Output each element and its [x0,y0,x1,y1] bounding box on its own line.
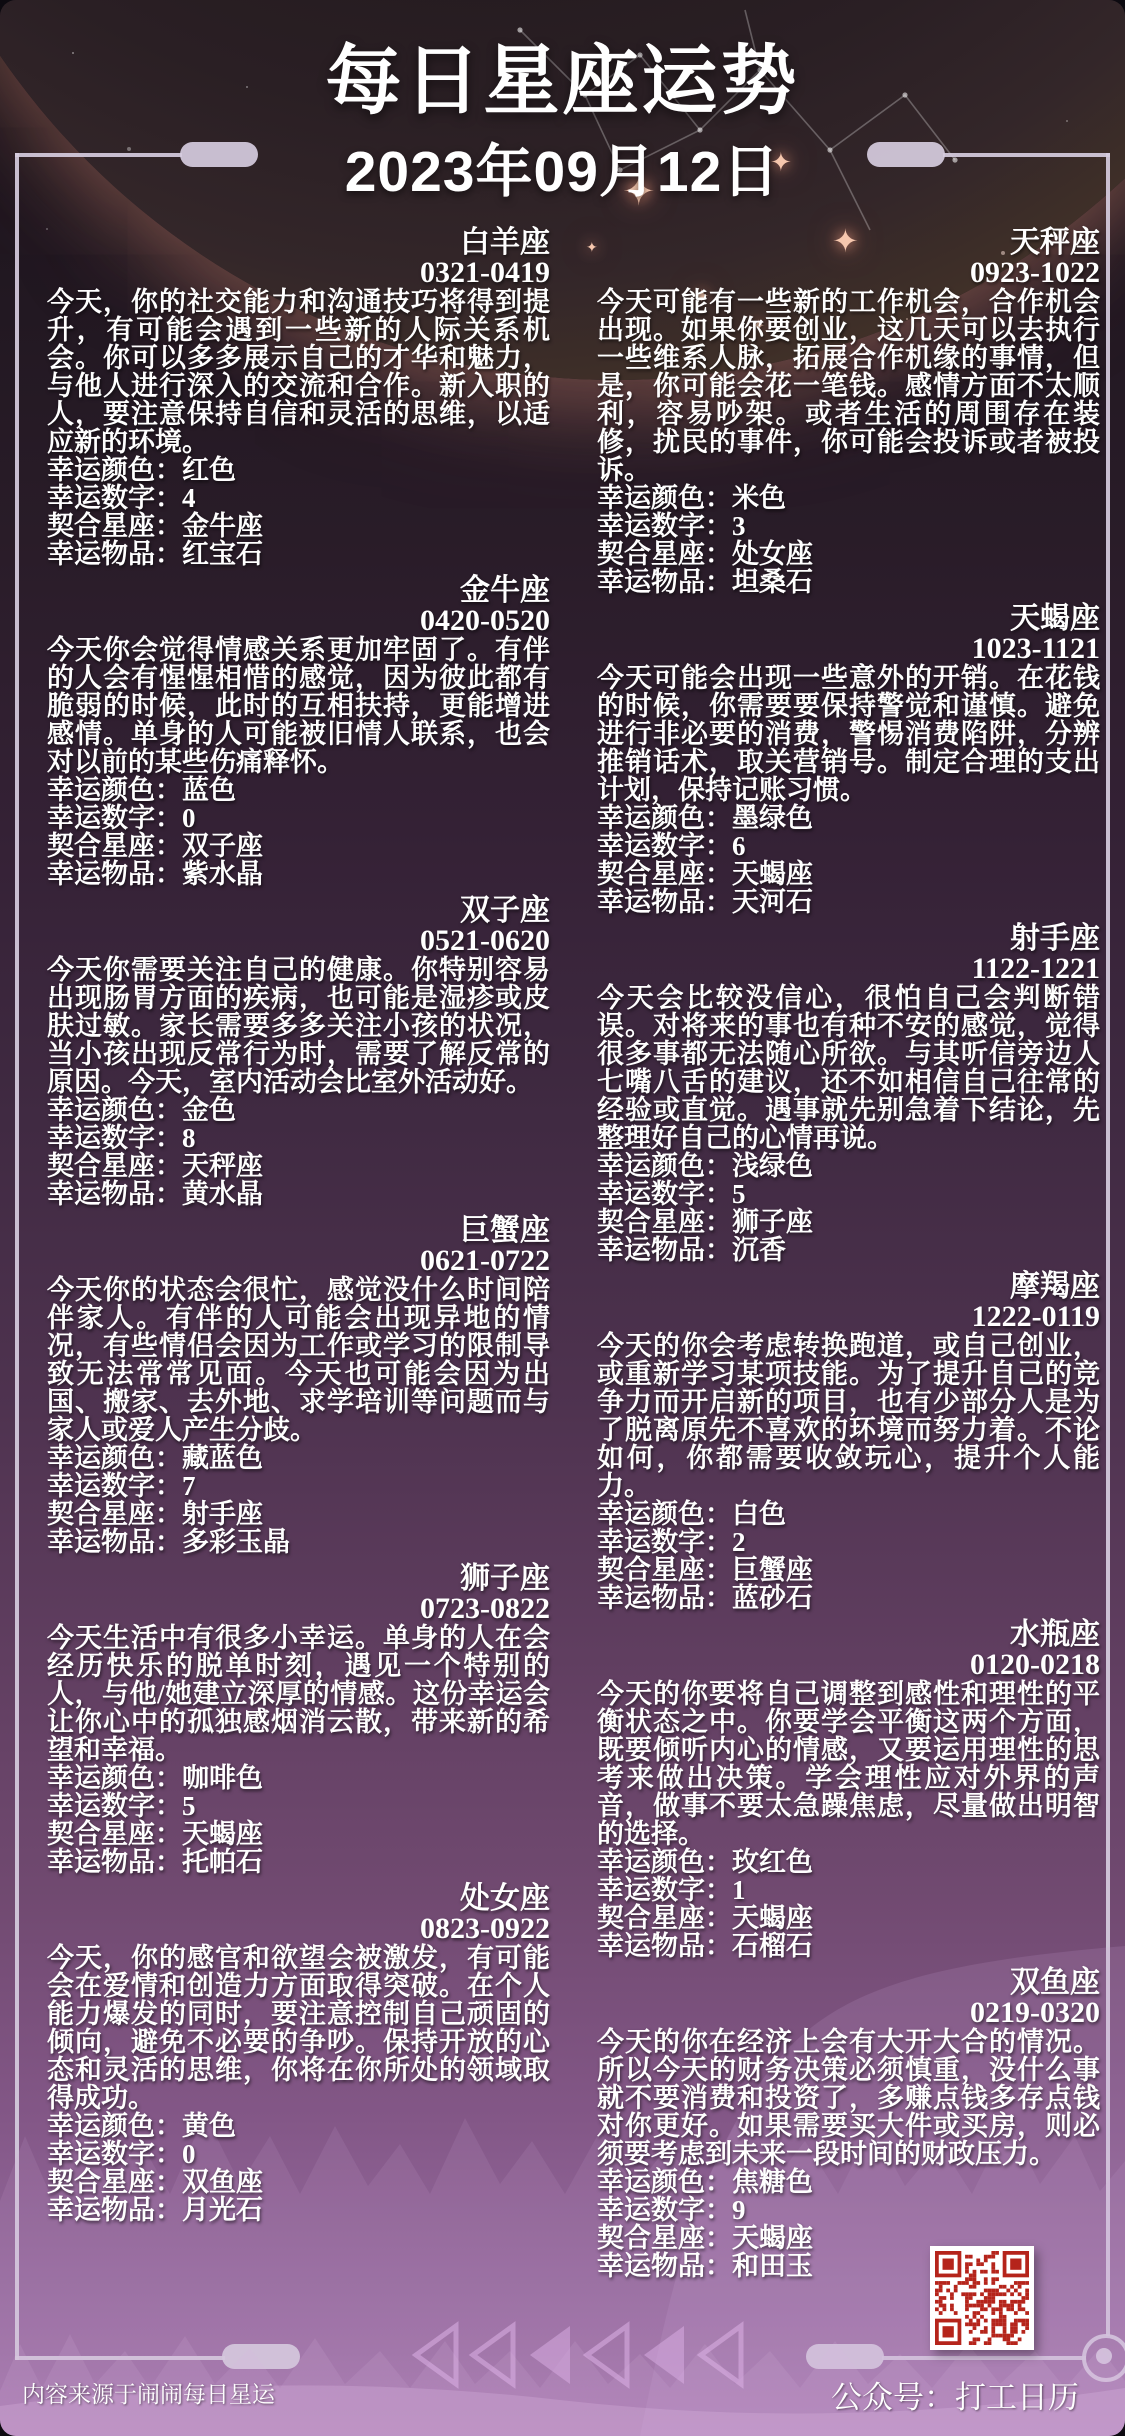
zodiac-section-sagittarius: 射手座 1122-1221 今天会比较没信心，很怕自己会判断错误。对将来的事也有… [597,924,1100,1264]
zodiac-fortune-text: 今天，你的社交能力和沟通技巧将得到提升，有可能会遇到一些新的人际关系机会。你可以… [47,288,550,456]
zodiac-name: 天蝎座 [597,604,1100,634]
lucky-item-row: 幸运物品：托帕石 [47,1848,550,1876]
star-sparkle-icon: ✦ [586,240,598,257]
lucky-color-row: 幸运颜色：焦糖色 [597,2168,1100,2196]
zodiac-fortune-text: 今天会比较没信心，很怕自己会判断错误。对将来的事也有种不安的感觉，觉得很多事都无… [597,984,1100,1152]
zodiac-name: 处女座 [47,1884,550,1914]
zodiac-fortune-text: 今天你需要关注自己的健康。你特别容易出现肠胃方面的疾病，也可能是湿疹或皮肤过敏。… [47,956,550,1096]
page-title: 每日星座运势 [0,20,1125,129]
match-sign-row: 契合星座：金牛座 [47,512,550,540]
footer-source-text: 内容来源于闹闹每日星运 [22,2376,275,2409]
lucky-number-row: 幸运数字：9 [597,2196,1100,2224]
lucky-item-row: 幸运物品：红宝石 [47,540,550,568]
match-sign-row: 契合星座：天蝎座 [47,1820,550,1848]
lucky-number-row: 幸运数字：6 [597,832,1100,860]
zodiac-name: 金牛座 [47,576,550,606]
zodiac-name: 双子座 [47,896,550,926]
match-sign-row: 契合星座：天蝎座 [597,860,1100,888]
right-column: 天秤座 0923-1022 今天可能有一些新的工作机会，合作机会出现。如果你要创… [597,228,1100,2288]
lucky-item-row: 幸运物品：石榴石 [597,1932,1100,1960]
lucky-number-row: 幸运数字：3 [597,512,1100,540]
lucky-color-row: 幸运颜色：白色 [597,1500,1100,1528]
zodiac-name: 水瓶座 [597,1620,1100,1650]
zodiac-date-range: 0723-0822 [47,1594,550,1624]
zodiac-section-aquarius: 水瓶座 0120-0218 今天的你要将自己调整到感性和理性的平衡状态之中。你要… [597,1620,1100,1960]
zodiac-section-cancer: 巨蟹座 0621-0722 今天你的状态会很忙，感觉没什么时间陪伴家人。有伴的人… [47,1216,550,1556]
match-sign-row: 契合星座：射手座 [47,1500,550,1528]
zodiac-date-range: 1122-1221 [597,954,1100,984]
lucky-color-row: 幸运颜色：红色 [47,456,550,484]
lucky-number-row: 幸运数字：5 [597,1180,1100,1208]
zodiac-fortune-text: 今天你会觉得情感关系更加牢固了。有伴的人会有惺惺相惜的感觉，因为彼此都有脆弱的时… [47,636,550,776]
zodiac-name: 射手座 [597,924,1100,954]
lucky-color-row: 幸运颜色：蓝色 [47,776,550,804]
zodiac-fortune-text: 今天你的状态会很忙，感觉没什么时间陪伴家人。有伴的人可能会出现异地的情况，有些情… [47,1276,550,1444]
footer-account-text: 公众号：打工日历 [831,2372,1079,2417]
match-sign-row: 契合星座：双子座 [47,832,550,860]
lucky-color-row: 幸运颜色：咖啡色 [47,1764,550,1792]
zodiac-name: 双鱼座 [597,1968,1100,1998]
zodiac-name: 摩羯座 [597,1272,1100,1302]
zodiac-date-range: 0521-0620 [47,926,550,956]
lucky-item-row: 幸运物品：沉香 [597,1236,1100,1264]
zodiac-fortune-text: 今天，你的感官和欲望会被激发，有可能会在爱情和创造力方面取得突破。在个人能力爆发… [47,1944,550,2112]
match-sign-row: 契合星座：双鱼座 [47,2168,550,2196]
zodiac-date-range: 1222-0119 [597,1302,1100,1332]
lucky-item-row: 幸运物品：黄水晶 [47,1180,550,1208]
zodiac-fortune-text: 今天生活中有很多小幸运。单身的人在会经历快乐的脱单时刻，遇见一个特别的人，与他/… [47,1624,550,1764]
lucky-item-row: 幸运物品：坦桑石 [597,568,1100,596]
left-column: 白羊座 0321-0419 今天，你的社交能力和沟通技巧将得到提升，有可能会遇到… [47,228,550,2232]
zodiac-date-range: 0823-0922 [47,1914,550,1944]
zodiac-date-range: 0321-0419 [47,258,550,288]
zodiac-name: 巨蟹座 [47,1216,550,1246]
lucky-color-row: 幸运颜色：浅绿色 [597,1152,1100,1180]
zodiac-date-range: 0923-1022 [597,258,1100,288]
zodiac-fortune-text: 今天可能有一些新的工作机会，合作机会出现。如果你要创业，这几天可以去执行一些维系… [597,288,1100,484]
rewind-arrows-icon [408,2320,768,2390]
match-sign-row: 契合星座：处女座 [597,540,1100,568]
lucky-number-row: 幸运数字：5 [47,1792,550,1820]
zodiac-fortune-text: 今天的你在经济上会有大开大合的情况。所以今天的财务决策必须慎重，没什么事就不要消… [597,2028,1100,2168]
page-date: 2023年09月12日 [0,126,1125,208]
lucky-color-row: 幸运颜色：藏蓝色 [47,1444,550,1472]
zodiac-section-libra: 天秤座 0923-1022 今天可能有一些新的工作机会，合作机会出现。如果你要创… [597,228,1100,596]
zodiac-section-taurus: 金牛座 0420-0520 今天你会觉得情感关系更加牢固了。有伴的人会有惺惺相惜… [47,576,550,888]
zodiac-date-range: 0219-0320 [597,1998,1100,2028]
zodiac-section-aries: 白羊座 0321-0419 今天，你的社交能力和沟通技巧将得到提升，有可能会遇到… [47,228,550,568]
zodiac-section-virgo: 处女座 0823-0922 今天，你的感官和欲望会被激发，有可能会在爱情和创造力… [47,1884,550,2224]
zodiac-name: 白羊座 [47,228,550,258]
match-sign-row: 契合星座：天秤座 [47,1152,550,1180]
zodiac-fortune-text: 今天可能会出现一些意外的开销。在花钱的时候，你需要要保持警觉和谨慎。避免进行非必… [597,664,1100,804]
lucky-number-row: 幸运数字：4 [47,484,550,512]
lucky-item-row: 幸运物品：月光石 [47,2196,550,2224]
lucky-number-row: 幸运数字：2 [597,1528,1100,1556]
zodiac-section-pisces: 双鱼座 0219-0320 今天的你在经济上会有大开大合的情况。所以今天的财务决… [597,1968,1100,2280]
zodiac-name: 狮子座 [47,1564,550,1594]
lucky-number-row: 幸运数字：0 [47,804,550,832]
lucky-item-row: 幸运物品：天河石 [597,888,1100,916]
zodiac-date-range: 0420-0520 [47,606,550,636]
lucky-item-row: 幸运物品：多彩玉晶 [47,1528,550,1556]
lucky-color-row: 幸运颜色：金色 [47,1096,550,1124]
lucky-number-row: 幸运数字：8 [47,1124,550,1152]
zodiac-section-capricorn: 摩羯座 1222-0119 今天的你会考虑转换跑道，或自己创业，或重新学习某项技… [597,1272,1100,1612]
zodiac-section-gemini: 双子座 0521-0620 今天你需要关注自己的健康。你特别容易出现肠胃方面的疾… [47,896,550,1208]
zodiac-date-range: 0120-0218 [597,1650,1100,1680]
lucky-color-row: 幸运颜色：墨绿色 [597,804,1100,832]
zodiac-date-range: 0621-0722 [47,1246,550,1276]
lucky-number-row: 幸运数字：0 [47,2140,550,2168]
match-sign-row: 契合星座：巨蟹座 [597,1556,1100,1584]
lucky-item-row: 幸运物品：蓝砂石 [597,1584,1100,1612]
horoscope-poster: ✦ ✦ ✦ ✦ ✦ ✦ 每日星座运势 2023年09月12日 白羊座 0321-… [0,0,1125,2436]
qr-code [930,2246,1034,2350]
match-sign-row: 契合星座：狮子座 [597,1208,1100,1236]
match-sign-row: 契合星座：天蝎座 [597,1904,1100,1932]
zodiac-name: 天秤座 [597,228,1100,258]
lucky-number-row: 幸运数字：1 [597,1876,1100,1904]
lucky-color-row: 幸运颜色：玫红色 [597,1848,1100,1876]
zodiac-section-leo: 狮子座 0723-0822 今天生活中有很多小幸运。单身的人在会经历快乐的脱单时… [47,1564,550,1876]
lucky-color-row: 幸运颜色：米色 [597,484,1100,512]
zodiac-fortune-text: 今天的你会考虑转换跑道，或自己创业，或重新学习某项技能。为了提升自己的竞争力而开… [597,1332,1100,1500]
zodiac-fortune-text: 今天的你要将自己调整到感性和理性的平衡状态之中。你要学会平衡这两个方面，既要倾听… [597,1680,1100,1848]
lucky-number-row: 幸运数字：7 [47,1472,550,1500]
zodiac-date-range: 1023-1121 [597,634,1100,664]
lucky-color-row: 幸运颜色：黄色 [47,2112,550,2140]
lucky-item-row: 幸运物品：紫水晶 [47,860,550,888]
zodiac-section-scorpio: 天蝎座 1023-1121 今天可能会出现一些意外的开销。在花钱的时候，你需要要… [597,604,1100,916]
